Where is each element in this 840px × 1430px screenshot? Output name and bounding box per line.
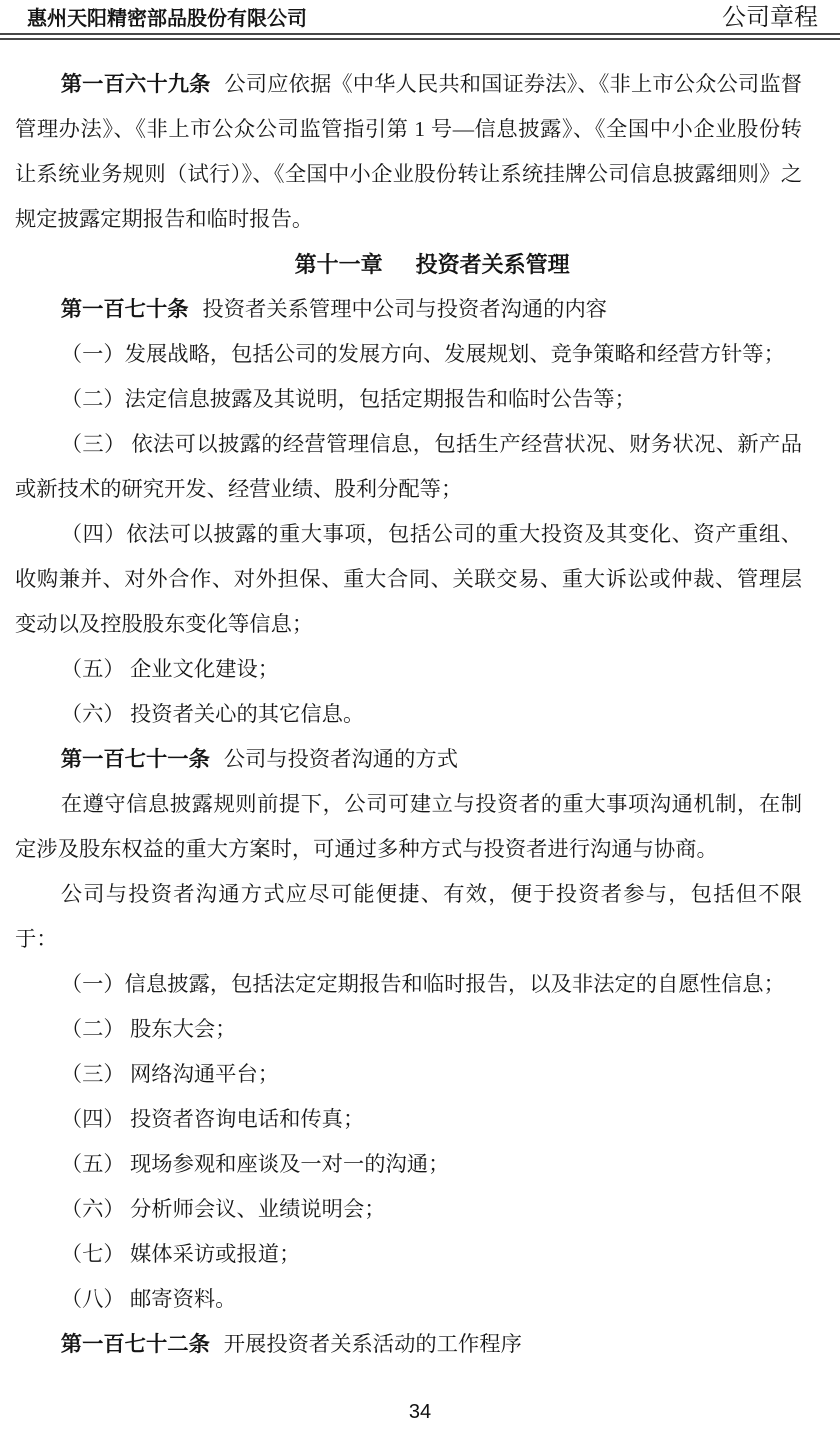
page-header: 惠州天阳精密部品股份有限公司 公司章程 [0, 0, 840, 40]
article-170-text: 投资者关系管理中公司与投资者沟通的内容 [202, 297, 607, 321]
list-item: （三） 依法可以披露的经营管理信息，包括生产经营状况、财务状况、新产品或新技术的… [15, 422, 802, 512]
header-row: 惠州天阳精密部品股份有限公司 公司章程 [0, 0, 840, 32]
list-item: （二） 股东大会； [15, 1007, 802, 1052]
article-170-number: 第一百七十条 [61, 297, 189, 321]
document-page: 惠州天阳精密部品股份有限公司 公司章程 第一百六十九条公司应依据《中华人民共和国… [0, 0, 840, 1430]
article-172-paragraph: 第一百七十二条开展投资者关系活动的工作程序 [15, 1322, 802, 1367]
list-item: （八） 邮寄资料。 [15, 1277, 802, 1322]
list-item: （六） 分析师会议、业绩说明会； [15, 1187, 802, 1232]
article-170-paragraph: 第一百七十条投资者关系管理中公司与投资者沟通的内容 [15, 287, 802, 332]
header-company-name: 惠州天阳精密部品股份有限公司 [27, 6, 307, 32]
list-item: （七） 媒体采访或报道； [15, 1232, 802, 1277]
list-item: （一）信息披露，包括法定定期报告和临时报告，以及非法定的自愿性信息； [15, 962, 802, 1007]
list-item: （二）法定信息披露及其说明，包括定期报告和临时公告等； [15, 377, 802, 422]
body-paragraph: 在遵守信息披露规则前提下，公司可建立与投资者的重大事项沟通机制，在制定涉及股东权… [15, 782, 802, 872]
article-169-number: 第一百六十九条 [61, 72, 211, 96]
page-number: 34 [409, 1401, 431, 1423]
list-item: （四）依法可以披露的重大事项，包括公司的重大投资及其变化、资产重组、收购兼并、对… [15, 512, 802, 647]
chapter-number: 第十一章 [295, 252, 383, 277]
article-169-paragraph: 第一百六十九条公司应依据《中华人民共和国证券法》、《非上市公众公司监督管理办法》… [15, 62, 802, 242]
list-item: （三） 网络沟通平台； [15, 1052, 802, 1097]
page-footer: 34 [0, 1401, 840, 1423]
document-body: 第一百六十九条公司应依据《中华人民共和国证券法》、《非上市公众公司监督管理办法》… [0, 40, 840, 1367]
chapter-11-heading: 第十一章投资者关系管理 [15, 242, 802, 287]
article-171-paragraph: 第一百七十一条公司与投资者沟通的方式 [15, 737, 802, 782]
list-item: （五） 企业文化建设； [15, 647, 802, 692]
list-item: （六） 投资者关心的其它信息。 [15, 692, 802, 737]
chapter-title: 投资者关系管理 [416, 252, 570, 277]
article-172-number: 第一百七十二条 [61, 1332, 210, 1356]
list-item: （五） 现场参观和座谈及一对一的沟通； [15, 1142, 802, 1187]
article-171-text: 公司与投资者沟通的方式 [224, 747, 458, 771]
list-item: （一）发展战略，包括公司的发展方向、发展规划、竞争策略和经营方针等； [15, 332, 802, 377]
article-172-text: 开展投资者关系活动的工作程序 [224, 1332, 522, 1356]
article-171-number: 第一百七十一条 [61, 747, 210, 771]
header-doc-title: 公司章程 [722, 5, 818, 31]
header-double-rule [0, 33, 840, 40]
list-item: （四） 投资者咨询电话和传真； [15, 1097, 802, 1142]
body-paragraph: 公司与投资者沟通方式应尽可能便捷、有效，便于投资者参与，包括但不限于： [15, 872, 802, 962]
